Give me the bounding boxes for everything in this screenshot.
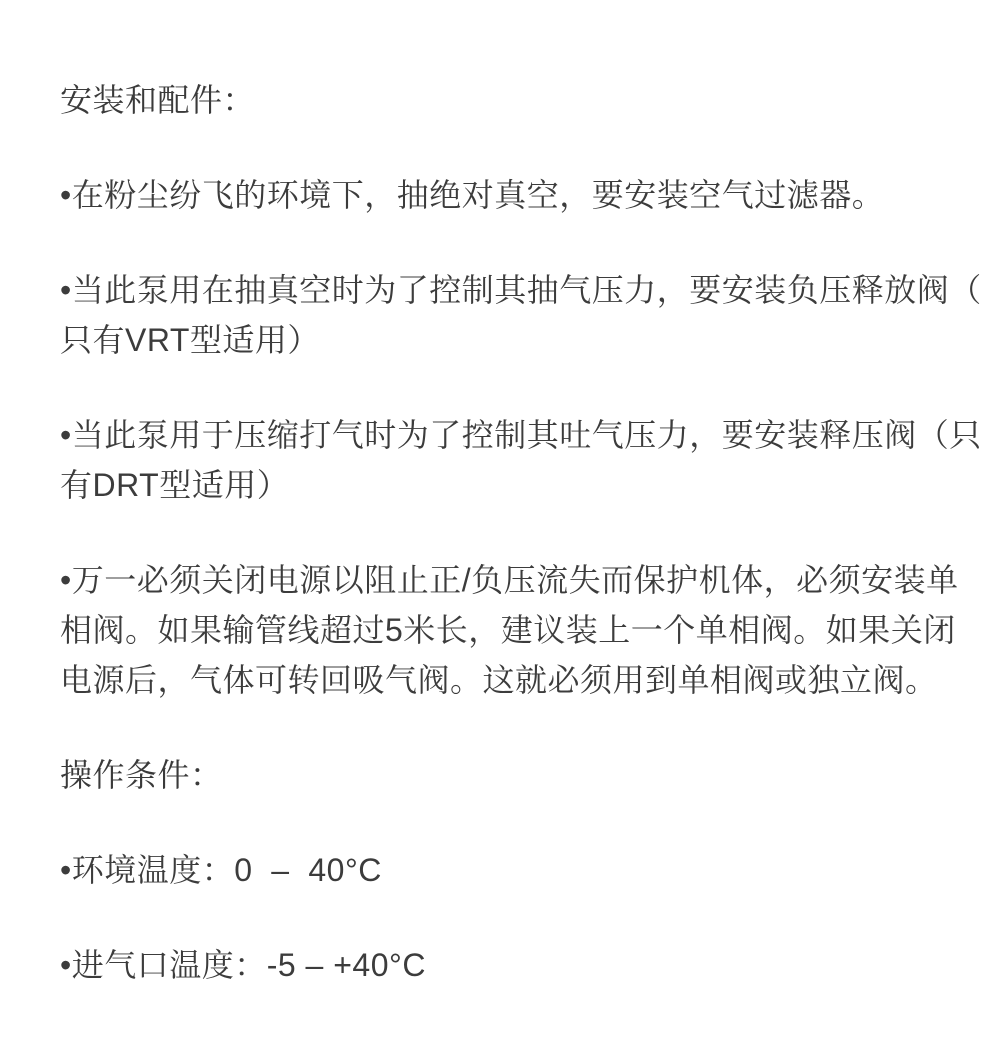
text-line: 相阀。如果输管线超过5米长，建议装上一个单相阀。如果关闭 (60, 605, 970, 655)
heading-text: 安装和配件： (60, 75, 970, 125)
text-line: •当此泵用于压缩打气时为了控制其吐气压力，要安装释压阀（只 (60, 410, 970, 460)
text-line: 有DRT型适用） (60, 460, 970, 510)
bullet-ambient-temperature: •环境温度：0 – 40°C (60, 845, 970, 895)
text-line: •当此泵用在抽真空时为了控制其抽气压力，要安装负压释放阀（ (60, 265, 970, 315)
heading-text: 操作条件： (60, 750, 970, 800)
bullet-inlet-temperature: •进气口温度：-5 – +40°C (60, 940, 970, 990)
bullet-air-filter: •在粉尘纷飞的环境下，抽绝对真空，要安装空气过滤器。 (60, 170, 970, 220)
text-line: 电源后，气体可转回吸气阀。这就必须用到单相阀或独立阀。 (60, 655, 970, 705)
bullet-vacuum-relief-valve: •当此泵用在抽真空时为了控制其抽气压力，要安装负压释放阀（ 只有VRT型适用） (60, 265, 970, 365)
text-line: •在粉尘纷飞的环境下，抽绝对真空，要安装空气过滤器。 (60, 170, 970, 220)
bullet-check-valve: •万一必须关闭电源以阻止正/负压流失而保护机体，必须安装单 相阀。如果输管线超过… (60, 555, 970, 705)
heading-operating-conditions: 操作条件： (60, 750, 970, 800)
text-line: •进气口温度：-5 – +40°C (60, 940, 970, 990)
manual-page: 安装和配件： •在粉尘纷飞的环境下，抽绝对真空，要安装空气过滤器。 •当此泵用在… (0, 0, 1000, 1053)
bullet-pressure-relief-valve: •当此泵用于压缩打气时为了控制其吐气压力，要安装释压阀（只 有DRT型适用） (60, 410, 970, 510)
heading-installation-accessories: 安装和配件： (60, 75, 970, 125)
text-line: 只有VRT型适用） (60, 315, 970, 365)
text-line: •环境温度：0 – 40°C (60, 845, 970, 895)
text-line: •万一必须关闭电源以阻止正/负压流失而保护机体，必须安装单 (60, 555, 970, 605)
